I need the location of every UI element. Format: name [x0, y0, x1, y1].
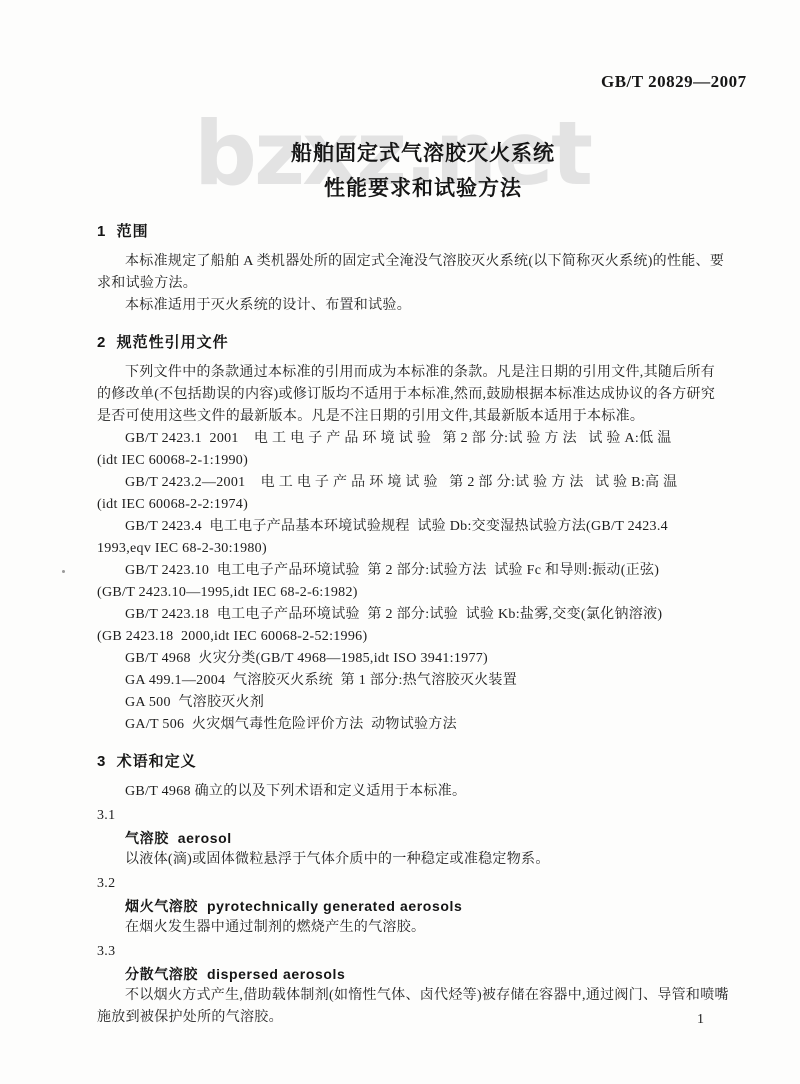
body-line: (GB 2423.18 2000,idt IEC 60068-2-52:1996…: [97, 626, 749, 648]
body-line: GB/T 4968 确立的以及下列术语和定义适用于本标准。: [97, 781, 749, 803]
clause-number: 3.2: [97, 873, 749, 895]
body-line: GA 499.1—2004 气溶胶灭火系统 第 1 部分:热气溶胶灭火装置: [97, 670, 749, 692]
scan-speck: [62, 570, 65, 573]
body-line: (GB/T 2423.10—1995,idt IEC 68-2-6:1982): [97, 582, 749, 604]
page-number: 1: [697, 1012, 704, 1028]
document-title: 船舶固定式气溶胶灭火系统 性能要求和试验方法: [97, 136, 749, 206]
clause-number: 3.1: [97, 805, 749, 827]
body-line: 在烟火发生器中通过制剂的燃烧产生的气溶胶。: [97, 917, 749, 939]
body-line: GB/T 2423.18 电工电子产品环境试验 第 2 部分:试验 试验 Kb:…: [97, 604, 749, 626]
document-page: bzxz.net GB/T 20829—2007 船舶固定式气溶胶灭火系统 性能…: [0, 0, 800, 1084]
section-heading: 1 范围: [97, 222, 749, 242]
term-heading: 分散气溶胶 dispersed aerosols: [97, 963, 749, 985]
body-line: 施放到被保护处所的气溶胶。: [97, 1007, 749, 1029]
body-line: (idt IEC 60068-2-2:1974): [97, 494, 749, 516]
body-line: GA 500 气溶胶灭火剂: [97, 692, 749, 714]
body-line: 不以烟火方式产生,借助载体制剂(如惰性气体、卤代烃等)被存储在容器中,通过阀门、…: [97, 985, 749, 1007]
content-blocks: 1 范围本标准规定了船舶 A 类机器处所的固定式全淹没气溶胶灭火系统(以下简称灭…: [97, 222, 749, 1029]
body-line: GB/T 4968 火灾分类(GB/T 4968—1985,idt ISO 39…: [97, 648, 749, 670]
body-line: GB/T 2423.1 2001 电 工 电 子 产 品 环 境 试 验 第 2…: [97, 428, 749, 450]
body-line: 是否可使用这些文件的最新版本。凡是不注日期的引用文件,其最新版本适用于本标准。: [97, 406, 749, 428]
term-heading: 烟火气溶胶 pyrotechnically generated aerosols: [97, 895, 749, 917]
title-line-1: 船舶固定式气溶胶灭火系统: [97, 136, 749, 171]
body-line: (idt IEC 60068-2-1:1990): [97, 450, 749, 472]
body-line: 的修改单(不包括勘误的内容)或修订版均不适用于本标准,然而,鼓励根据本标准达成协…: [97, 384, 749, 406]
body-line: 本标准适用于灭火系统的设计、布置和试验。: [97, 295, 749, 317]
body-line: 下列文件中的条款通过本标准的引用而成为本标准的条款。凡是注日期的引用文件,其随后…: [97, 362, 749, 384]
title-line-2: 性能要求和试验方法: [97, 171, 749, 206]
body-line: 求和试验方法。: [97, 273, 749, 295]
body-line: GB/T 2423.4 电工电子产品基本环境试验规程 试验 Db:交变湿热试验方…: [97, 516, 749, 538]
section-heading: 2 规范性引用文件: [97, 333, 749, 353]
body-line: GB/T 2423.2—2001 电 工 电 子 产 品 环 境 试 验 第 2…: [97, 472, 749, 494]
body-line: 以液体(滴)或固体微粒悬浮于气体介质中的一种稳定或准稳定物系。: [97, 849, 749, 871]
document-content: 船舶固定式气溶胶灭火系统 性能要求和试验方法 1 范围本标准规定了船舶 A 类机…: [97, 0, 749, 1029]
body-line: 1993,eqv IEC 68-2-30:1980): [97, 538, 749, 560]
body-line: GB/T 2423.10 电工电子产品环境试验 第 2 部分:试验方法 试验 F…: [97, 560, 749, 582]
body-line: 本标准规定了船舶 A 类机器处所的固定式全淹没气溶胶灭火系统(以下简称灭火系统)…: [97, 251, 749, 273]
body-line: GA/T 506 火灾烟气毒性危险评价方法 动物试验方法: [97, 714, 749, 736]
term-heading: 气溶胶 aerosol: [97, 827, 749, 849]
clause-number: 3.3: [97, 941, 749, 963]
section-heading: 3 术语和定义: [97, 752, 749, 772]
